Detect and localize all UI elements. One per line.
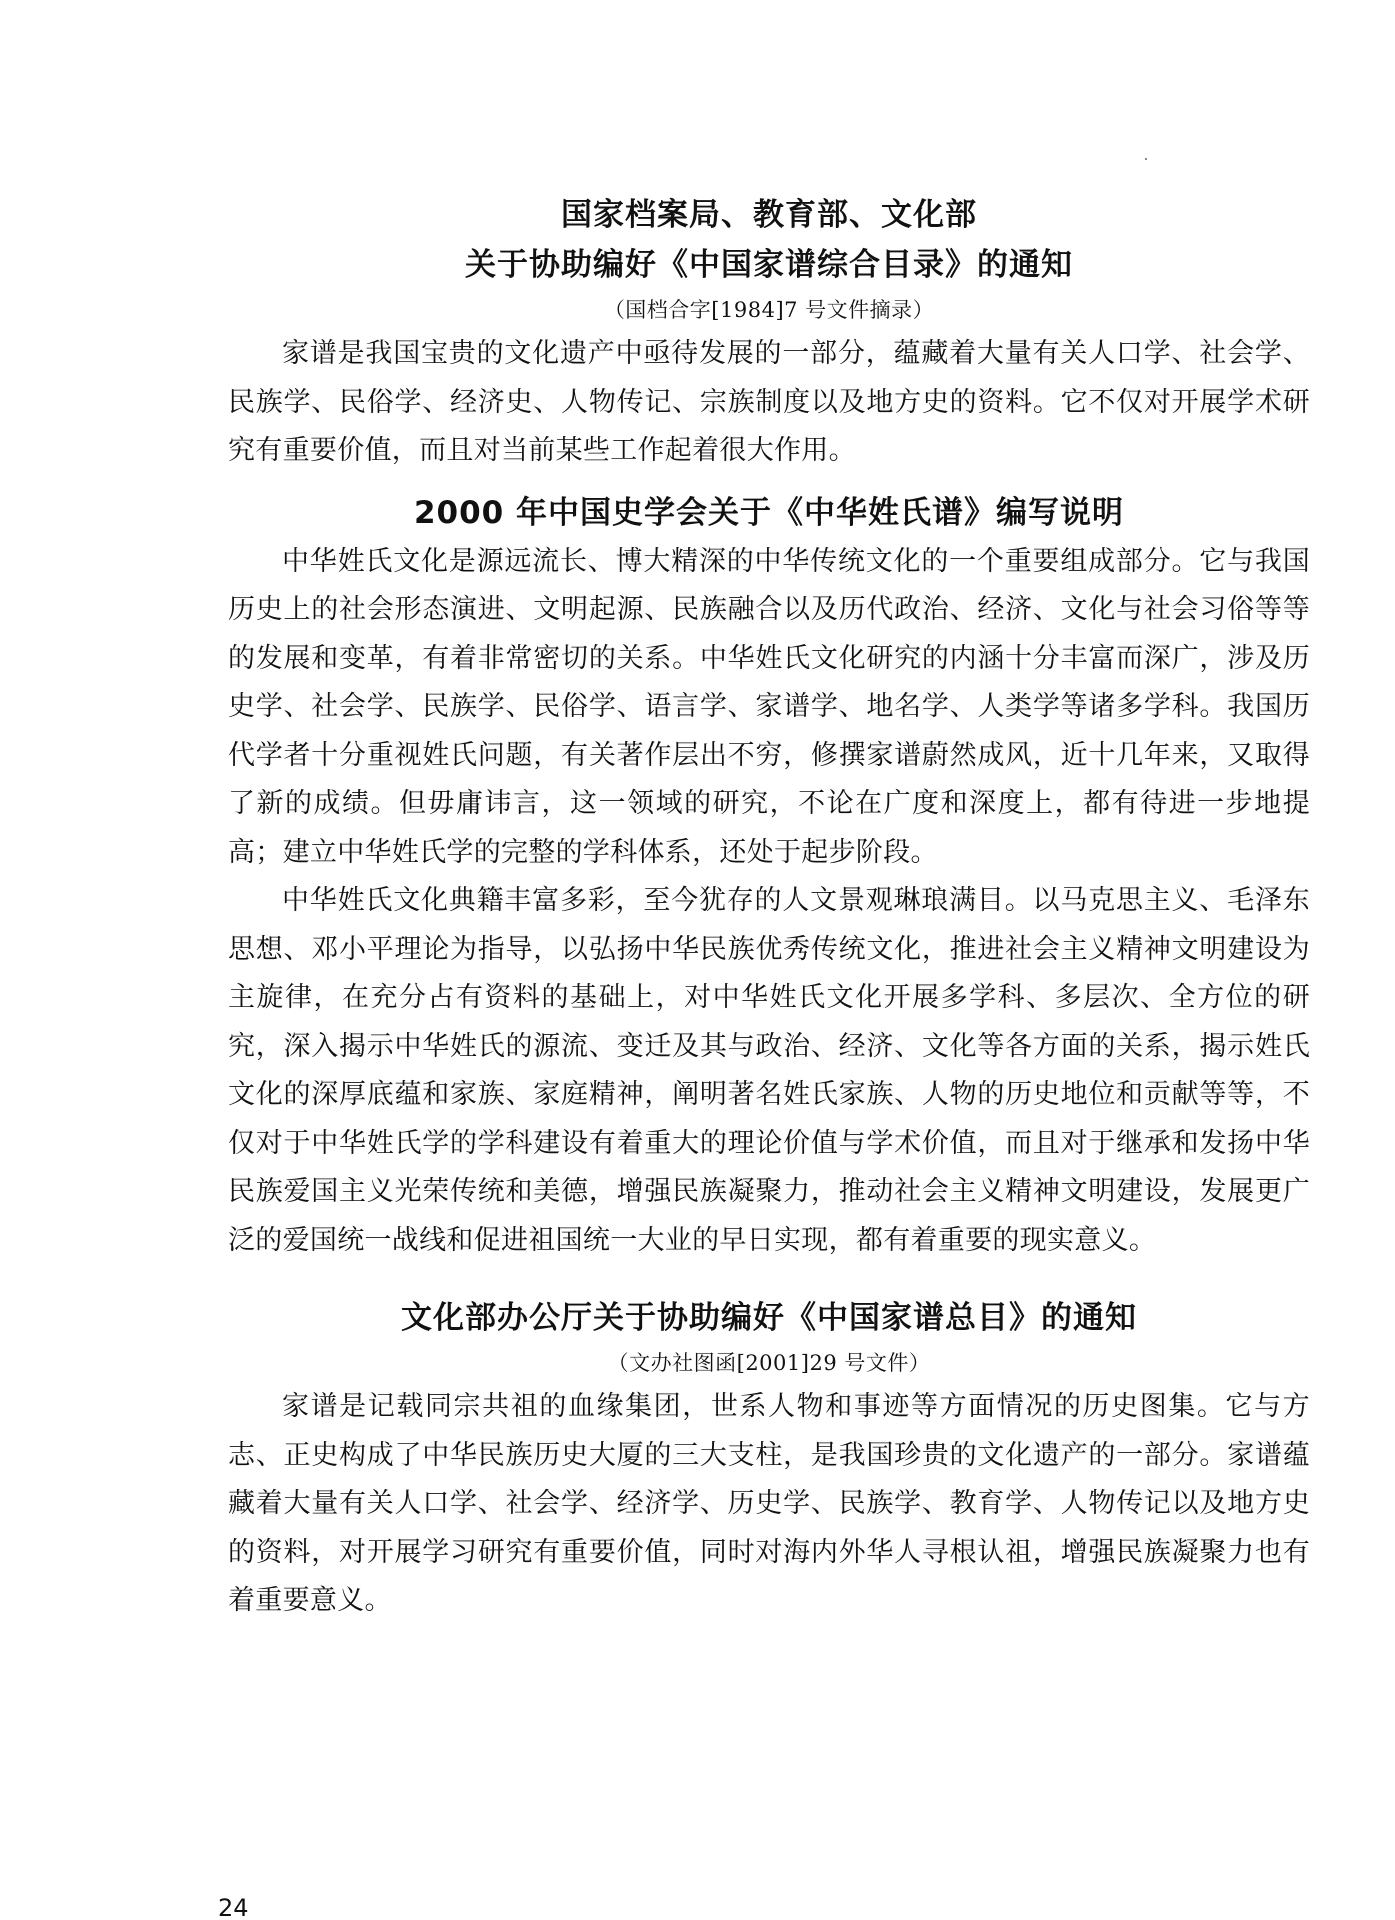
paragraph: 中华姓氏文化典籍丰富多彩，至今犹存的人文景观琳琅满目。以马克思主义、毛泽东思想、… <box>228 877 1310 1265</box>
section-title-line-2: 关于协助编好《中国家谱综合目录》的通知 <box>228 240 1310 290</box>
scan-speck <box>1145 158 1147 160</box>
paragraph: 家谱是我国宝贵的文化遗产中亟待发展的一部分，蕴藏着大量有关人口学、社会学、民族学… <box>228 330 1310 476</box>
paragraph: 家谱是记载同宗共祖的血缘集团，世系人物和事迹等方面情况的历史图集。它与方志、正史… <box>228 1383 1310 1626</box>
document-reference: （国档合字[1984]7 号文件摘录） <box>228 290 1310 330</box>
section-surname-spectrum-notes: 2000 年中国史学会关于《中华姓氏谱》编写说明 中华姓氏文化是源远流长、博大精… <box>228 488 1310 1266</box>
page-number: 24 <box>218 1893 249 1920</box>
section-culture-ministry-notice: 文化部办公厅关于协助编好《中国家谱总目》的通知 （文办社图函[2001]29 号… <box>228 1293 1310 1626</box>
document-reference: （文办社图函[2001]29 号文件） <box>228 1343 1310 1383</box>
section-title: 2000 年中国史学会关于《中华姓氏谱》编写说明 <box>228 488 1310 538</box>
section-title-line-1: 国家档案局、教育部、文化部 <box>228 190 1310 240</box>
section-title: 文化部办公厅关于协助编好《中国家谱总目》的通知 <box>228 1293 1310 1343</box>
section-archives-notice: 国家档案局、教育部、文化部 关于协助编好《中国家谱综合目录》的通知 （国档合字[… <box>228 190 1310 476</box>
document-page: 国家档案局、教育部、文化部 关于协助编好《中国家谱综合目录》的通知 （国档合字[… <box>228 190 1310 1626</box>
paragraph: 中华姓氏文化是源远流长、博大精深的中华传统文化的一个重要组成部分。它与我国历史上… <box>228 538 1310 878</box>
